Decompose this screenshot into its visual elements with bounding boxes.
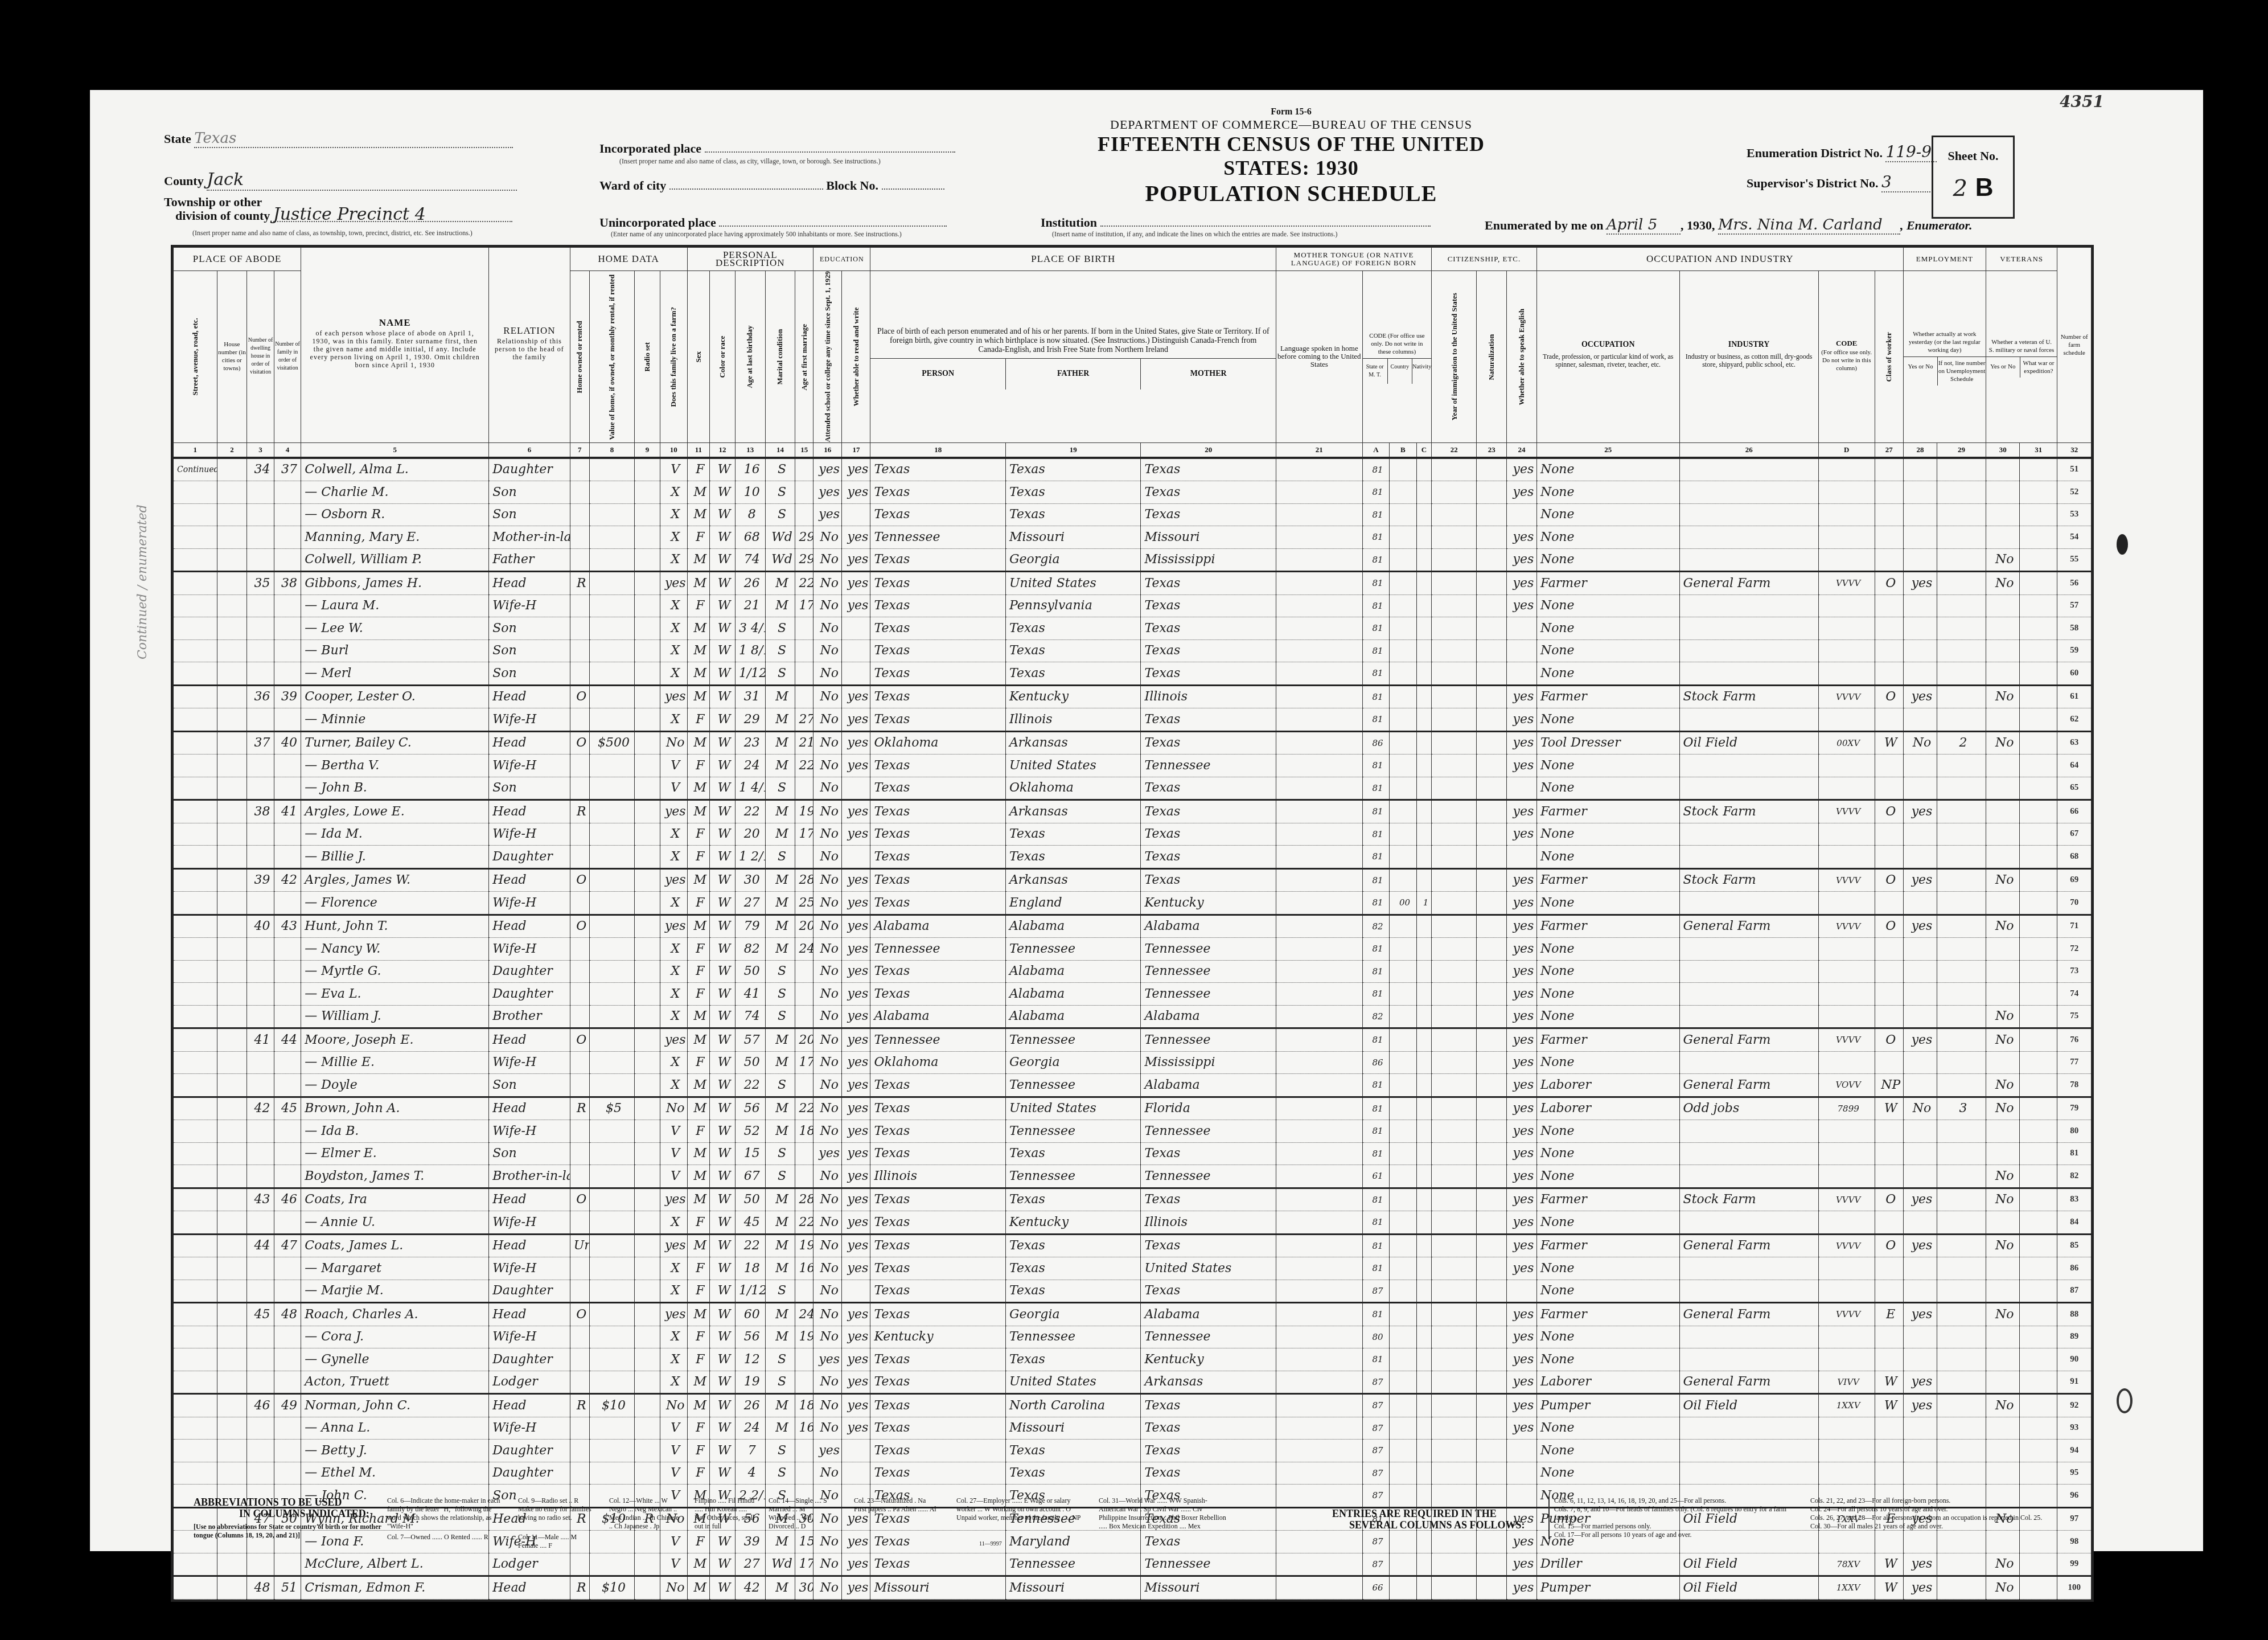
line-number: 54: [2057, 526, 2092, 549]
industry-cell: [1679, 1326, 1818, 1348]
age-cell: 24: [735, 755, 765, 777]
marital-cell: M: [765, 755, 795, 777]
relation-cell: Wife-H: [489, 708, 570, 732]
family-number-cell: 43: [274, 915, 301, 938]
column-number: D: [1818, 442, 1875, 458]
sex-cell: F: [687, 1417, 710, 1440]
class-of-worker-cell: E: [1875, 1303, 1903, 1326]
at-work-cell: yes: [1903, 1303, 1937, 1326]
veteran-cell: [1986, 938, 2019, 961]
class-of-worker-cell: W: [1875, 1553, 1903, 1576]
speak-english-cell: yes: [1507, 1005, 1537, 1028]
birth-father-cell: Texas: [1005, 1348, 1141, 1371]
read-write-cell: yes: [842, 572, 870, 595]
marriage-age-cell: [795, 846, 813, 869]
code-state-cell: 87: [1362, 1394, 1390, 1417]
street-cell: [174, 685, 217, 708]
home-owned-cell: [570, 1348, 589, 1371]
col-school: Attended school or college any time sinc…: [813, 271, 842, 443]
at-work-cell: [1903, 823, 1937, 846]
birth-father-cell: Tennessee: [1005, 1074, 1141, 1097]
group-citizenship: CITIZENSHIP, ETC.: [1432, 248, 1537, 271]
speak-english-cell: yes: [1507, 1394, 1537, 1417]
race-cell: W: [710, 594, 736, 617]
code-nativity-cell: [1416, 1234, 1431, 1257]
farm-cell: yes: [660, 868, 687, 892]
farm-cell: yes: [660, 1028, 687, 1052]
at-work-cell: [1903, 708, 1937, 732]
age-cell: 27: [735, 892, 765, 915]
speak-english-cell: [1507, 846, 1537, 869]
occupation-cell: None: [1536, 662, 1679, 686]
race-cell: W: [710, 983, 736, 1006]
code-country-cell: 00: [1390, 892, 1417, 915]
speak-english-cell: yes: [1507, 915, 1537, 938]
naturalization-cell: [1477, 823, 1507, 846]
occupation-cell: Farmer: [1536, 1028, 1679, 1052]
occupation-cell: Pumper: [1536, 1394, 1679, 1417]
sex-cell: M: [687, 1371, 710, 1394]
at-work-cell: [1903, 1348, 1937, 1371]
veteran-cell: No: [1986, 572, 2019, 595]
line-number: 78: [2057, 1074, 2092, 1097]
house-number-cell: [217, 1097, 247, 1120]
age-cell: 4: [735, 1462, 765, 1485]
code-state-cell: 81: [1362, 1257, 1390, 1280]
veteran-cell: [1986, 1280, 2019, 1303]
column-number: 4: [274, 442, 301, 458]
birth-person-cell: Oklahoma: [870, 731, 1006, 755]
class-of-worker-cell: [1875, 1257, 1903, 1280]
code-nativity-cell: [1416, 1303, 1431, 1326]
occupation-code-cell: [1818, 594, 1875, 617]
birth-father-cell: Texas: [1005, 823, 1141, 846]
birth-father-cell: Tennessee: [1005, 1120, 1141, 1143]
birth-mother-cell: Arkansas: [1141, 1371, 1276, 1394]
class-of-worker-cell: O: [1875, 800, 1903, 823]
speak-english-cell: yes: [1507, 868, 1537, 892]
naturalization-cell: [1477, 1028, 1507, 1052]
radio-cell: [635, 1462, 660, 1485]
naturalization-cell: [1477, 1257, 1507, 1280]
house-number-cell: [217, 777, 247, 800]
relation-cell: Brother: [489, 1005, 570, 1028]
street-cell: [174, 1394, 217, 1417]
unemployment-line-cell: [1937, 1211, 1986, 1235]
marital-cell: M: [765, 915, 795, 938]
line-number: 81: [2057, 1142, 2092, 1165]
speak-english-cell: [1507, 1462, 1537, 1485]
farm-cell: X: [660, 846, 687, 869]
relation-cell: Wife-H: [489, 938, 570, 961]
veteran-cell: No: [1986, 1097, 2019, 1120]
war-cell: [2020, 1051, 2057, 1074]
line-number: 85: [2057, 1234, 2092, 1257]
table-row: — Nancy W.Wife-HXFW82M24NoyesTennesseeTe…: [174, 938, 2092, 961]
marriage-age-cell: 19: [795, 1234, 813, 1257]
sex-cell: M: [687, 731, 710, 755]
dwelling-number-cell: [247, 639, 274, 662]
column-number: B: [1390, 442, 1417, 458]
sex-cell: F: [687, 846, 710, 869]
code-country-cell: [1390, 481, 1417, 504]
sex-cell: M: [687, 1394, 710, 1417]
war-cell: [2020, 1440, 2057, 1462]
birth-mother-cell: Texas: [1141, 639, 1276, 662]
dwelling-number-cell: 36: [247, 685, 274, 708]
school-cell: No: [813, 777, 842, 800]
code-state-cell: 82: [1362, 915, 1390, 938]
birth-mother-cell: Tennessee: [1141, 983, 1276, 1006]
dwelling-number-cell: [247, 1074, 274, 1097]
occupation-cell: None: [1536, 755, 1679, 777]
occupation-cell: None: [1536, 526, 1679, 549]
family-number-cell: [274, 755, 301, 777]
code-country-cell: [1390, 938, 1417, 961]
occupation-cell: None: [1536, 938, 1679, 961]
enumerated-by-field: Enumerated by me on April 5, 1930, Mrs. …: [1485, 216, 1972, 235]
speak-english-cell: yes: [1507, 594, 1537, 617]
line-number: 67: [2057, 823, 2092, 846]
birth-father-cell: Oklahoma: [1005, 777, 1141, 800]
dwelling-number-cell: [247, 481, 274, 504]
immigration-cell: [1432, 915, 1477, 938]
table-row: — Osborn R.SonXMW8SyesTexasTexasTexas81N…: [174, 503, 2092, 526]
table-row: Boydston, James T.Brother-in-lawVMW67SNo…: [174, 1165, 2092, 1188]
street-cell: [174, 1234, 217, 1257]
occupation-cell: None: [1536, 481, 1679, 504]
code-state-cell: 81: [1362, 960, 1390, 983]
industry-cell: [1679, 1417, 1818, 1440]
marital-cell: S: [765, 458, 795, 481]
family-number-cell: [274, 1553, 301, 1576]
county-value: Jack: [207, 170, 517, 191]
unemployment-line-cell: [1937, 755, 1986, 777]
code-nativity-cell: [1416, 685, 1431, 708]
sex-cell: M: [687, 639, 710, 662]
relation-cell: Head: [489, 1576, 570, 1600]
speak-english-cell: yes: [1507, 960, 1537, 983]
sex-cell: M: [687, 662, 710, 686]
language-cell: [1276, 548, 1362, 572]
marriage-age-cell: 24: [795, 938, 813, 961]
read-write-cell: [842, 617, 870, 640]
family-number-cell: [274, 1326, 301, 1348]
naturalization-cell: [1477, 685, 1507, 708]
birth-father-cell: Missouri: [1005, 526, 1141, 549]
marriage-age-cell: 21: [795, 731, 813, 755]
home-value-cell: [589, 1280, 634, 1303]
occupation-code-cell: VVVV: [1818, 1188, 1875, 1211]
at-work-cell: [1903, 1120, 1937, 1143]
marital-cell: S: [765, 1462, 795, 1485]
sex-cell: M: [687, 617, 710, 640]
speak-english-cell: yes: [1507, 548, 1537, 572]
birth-person-cell: Texas: [870, 1553, 1006, 1576]
home-owned-cell: Un: [570, 1234, 589, 1257]
at-work-cell: yes: [1903, 1188, 1937, 1211]
marital-cell: S: [765, 1440, 795, 1462]
read-write-cell: yes: [842, 731, 870, 755]
farm-cell: X: [660, 481, 687, 504]
birth-father-cell: Texas: [1005, 1440, 1141, 1462]
war-cell: [2020, 1462, 2057, 1485]
immigration-cell: [1432, 1074, 1477, 1097]
column-number: A: [1362, 442, 1390, 458]
language-cell: [1276, 983, 1362, 1006]
family-number-cell: [274, 1371, 301, 1394]
language-cell: [1276, 892, 1362, 915]
table-row: — Bertha V.Wife-HVFW24M22NoyesTexasUnite…: [174, 755, 2092, 777]
race-cell: W: [710, 1005, 736, 1028]
family-number-cell: 44: [274, 1028, 301, 1052]
read-write-cell: yes: [842, 1188, 870, 1211]
home-value-cell: [589, 1188, 634, 1211]
unemployment-line-cell: [1937, 892, 1986, 915]
family-number-cell: 40: [274, 731, 301, 755]
occupation-cell: Farmer: [1536, 868, 1679, 892]
birth-person-cell: Texas: [870, 1120, 1006, 1143]
house-number-cell: [217, 1005, 247, 1028]
street-cell: [174, 708, 217, 732]
code-state-cell: 81: [1362, 1142, 1390, 1165]
line-number: 68: [2057, 846, 2092, 869]
naturalization-cell: [1477, 755, 1507, 777]
name-cell: Brown, John A.: [301, 1097, 489, 1120]
occupation-code-cell: [1818, 1440, 1875, 1462]
dwelling-number-cell: [247, 1051, 274, 1074]
school-cell: No: [813, 1303, 842, 1326]
street-cell: [174, 1303, 217, 1326]
naturalization-cell: [1477, 572, 1507, 595]
age-cell: 74: [735, 548, 765, 572]
war-cell: [2020, 639, 2057, 662]
at-work-cell: yes: [1903, 868, 1937, 892]
birth-mother-cell: Tennessee: [1141, 1553, 1276, 1576]
age-cell: 50: [735, 960, 765, 983]
immigration-cell: [1432, 685, 1477, 708]
age-cell: 42: [735, 1576, 765, 1600]
name-cell: Norman, John C.: [301, 1394, 489, 1417]
occupation-cell: None: [1536, 777, 1679, 800]
war-cell: [2020, 1211, 2057, 1235]
industry-cell: Oil Field: [1679, 731, 1818, 755]
home-value-cell: [589, 458, 634, 481]
marital-cell: M: [765, 1120, 795, 1143]
unemployment-line-cell: [1937, 800, 1986, 823]
birth-person-cell: Texas: [870, 1303, 1006, 1326]
dwelling-number-cell: [247, 1257, 274, 1280]
radio-cell: [635, 1394, 660, 1417]
naturalization-cell: [1477, 846, 1507, 869]
tongue-code-subheader: CODE (For office use only. Do not write …: [1362, 271, 1431, 443]
age-cell: 27: [735, 1553, 765, 1576]
column-number: 11: [687, 442, 710, 458]
home-value-cell: [589, 846, 634, 869]
column-number: 13: [735, 442, 765, 458]
sex-cell: F: [687, 1120, 710, 1143]
school-cell: yes: [813, 1348, 842, 1371]
name-cell: — Doyle: [301, 1074, 489, 1097]
marriage-age-cell: 18: [795, 1394, 813, 1417]
home-owned-cell: O: [570, 868, 589, 892]
code-nativity-cell: [1416, 708, 1431, 732]
marriage-age-cell: 16: [795, 1417, 813, 1440]
line-number: 87: [2057, 1280, 2092, 1303]
birth-father-cell: Pennsylvania: [1005, 594, 1141, 617]
war-cell: [2020, 1326, 2057, 1348]
immigration-cell: [1432, 1051, 1477, 1074]
birth-person-cell: Texas: [870, 868, 1006, 892]
marital-cell: S: [765, 1142, 795, 1165]
house-number-cell: [217, 685, 247, 708]
name-cell: — Anna L.: [301, 1417, 489, 1440]
unemployment-line-cell: 2: [1937, 731, 1986, 755]
war-cell: [2020, 1188, 2057, 1211]
read-write-cell: yes: [842, 983, 870, 1006]
relation-cell: Daughter: [489, 1462, 570, 1485]
industry-cell: General Farm: [1679, 1028, 1818, 1052]
family-number-cell: 42: [274, 868, 301, 892]
binding-hole-mark: [2117, 534, 2128, 555]
language-cell: [1276, 572, 1362, 595]
farm-cell: V: [660, 1553, 687, 1576]
column-number: 29: [1937, 442, 1986, 458]
dwelling-number-cell: [247, 503, 274, 526]
birth-father-cell: United States: [1005, 1371, 1141, 1394]
at-work-cell: yes: [1903, 1394, 1937, 1417]
name-cell: Argles, James W.: [301, 868, 489, 892]
language-cell: [1276, 1120, 1362, 1143]
birth-person-cell: Texas: [870, 1417, 1006, 1440]
marriage-age-cell: [795, 983, 813, 1006]
home-value-cell: [589, 1326, 634, 1348]
code-state-cell: 86: [1362, 1051, 1390, 1074]
marriage-age-cell: 17: [795, 594, 813, 617]
school-cell: No: [813, 685, 842, 708]
code-state-cell: 81: [1362, 1097, 1390, 1120]
street-cell: [174, 1371, 217, 1394]
immigration-cell: [1432, 1028, 1477, 1052]
family-number-cell: [274, 1051, 301, 1074]
relation-cell: Head: [489, 731, 570, 755]
occupation-cell: Laborer: [1536, 1097, 1679, 1120]
code-state-cell: 81: [1362, 481, 1390, 504]
line-number: 63: [2057, 731, 2092, 755]
home-value-cell: [589, 1303, 634, 1326]
family-number-cell: 45: [274, 1097, 301, 1120]
sex-cell: F: [687, 1462, 710, 1485]
war-cell: [2020, 548, 2057, 572]
code-state-cell: 81: [1362, 1188, 1390, 1211]
age-cell: 12: [735, 1348, 765, 1371]
age-cell: 3 4/12: [735, 617, 765, 640]
war-cell: [2020, 503, 2057, 526]
line-number: 83: [2057, 1188, 2092, 1211]
race-cell: W: [710, 960, 736, 983]
dwelling-number-cell: [247, 1120, 274, 1143]
read-write-cell: yes: [842, 458, 870, 481]
industry-cell: [1679, 526, 1818, 549]
speak-english-cell: [1507, 639, 1537, 662]
radio-cell: [635, 731, 660, 755]
school-cell: No: [813, 639, 842, 662]
code-country-cell: [1390, 983, 1417, 1006]
race-cell: W: [710, 662, 736, 686]
at-work-cell: [1903, 1211, 1937, 1235]
immigration-cell: [1432, 892, 1477, 915]
code-country-cell: [1390, 708, 1417, 732]
industry-cell: Odd jobs: [1679, 1097, 1818, 1120]
birth-mother-cell: Texas: [1141, 572, 1276, 595]
home-owned-cell: O: [570, 1303, 589, 1326]
table-row: — Annie U.Wife-HXFW45M22NoyesTexasKentuc…: [174, 1211, 2092, 1235]
naturalization-cell: [1477, 938, 1507, 961]
line-number: 100: [2057, 1576, 2092, 1600]
street-cell: [174, 1280, 217, 1303]
at-work-cell: [1903, 777, 1937, 800]
race-cell: W: [710, 938, 736, 961]
read-write-cell: yes: [842, 1553, 870, 1576]
dwelling-number-cell: [247, 1280, 274, 1303]
marital-cell: S: [765, 777, 795, 800]
veteran-cell: No: [1986, 915, 2019, 938]
form-title-block: Form 15-6 DEPARTMENT OF COMMERCE—BUREAU …: [1063, 107, 1519, 207]
group-personal-description: PERSONAL DESCRIPTION: [687, 248, 813, 271]
code-state-cell: 81: [1362, 458, 1390, 481]
occupation-cell: Driller: [1536, 1553, 1679, 1576]
class-of-worker-cell: [1875, 846, 1903, 869]
col-speak-english: Whether able to speak English: [1507, 271, 1537, 443]
occupation-cell: Farmer: [1536, 915, 1679, 938]
immigration-cell: [1432, 868, 1477, 892]
occupation-code-cell: VVVV: [1818, 1028, 1875, 1052]
name-cell: — Lee W.: [301, 617, 489, 640]
farm-cell: yes: [660, 915, 687, 938]
immigration-cell: [1432, 1303, 1477, 1326]
race-cell: W: [710, 1028, 736, 1052]
sex-cell: F: [687, 755, 710, 777]
birth-person-cell: Texas: [870, 1394, 1006, 1417]
dwelling-number-cell: [247, 938, 274, 961]
house-number-cell: [217, 1348, 247, 1371]
war-cell: [2020, 1576, 2057, 1600]
veteran-cell: No: [1986, 1576, 2019, 1600]
relation-cell: Lodger: [489, 1371, 570, 1394]
family-number-cell: [274, 481, 301, 504]
race-cell: W: [710, 1440, 736, 1462]
occupation-code-cell: [1818, 1165, 1875, 1188]
table-row: — William J.BrotherXMW74SNoyesAlabamaAla…: [174, 1005, 2092, 1028]
birth-mother-cell: Texas: [1141, 1417, 1276, 1440]
group-name: NAMEof each person whose place of abode …: [301, 248, 489, 443]
age-cell: 30: [735, 868, 765, 892]
immigration-cell: [1432, 1280, 1477, 1303]
ward-field: Ward of city Block No.: [599, 178, 944, 193]
speak-english-cell: yes: [1507, 800, 1537, 823]
line-number: 51: [2057, 458, 2092, 481]
veteran-cell: [1986, 708, 2019, 732]
birth-mother-cell: Mississippi: [1141, 1051, 1276, 1074]
name-cell: — Osborn R.: [301, 503, 489, 526]
code-state-cell: 81: [1362, 639, 1390, 662]
language-cell: [1276, 1280, 1362, 1303]
age-cell: 19: [735, 1371, 765, 1394]
home-owned-cell: [570, 1280, 589, 1303]
code-country-cell: [1390, 800, 1417, 823]
home-value-cell: $10: [589, 1394, 634, 1417]
naturalization-cell: [1477, 868, 1507, 892]
